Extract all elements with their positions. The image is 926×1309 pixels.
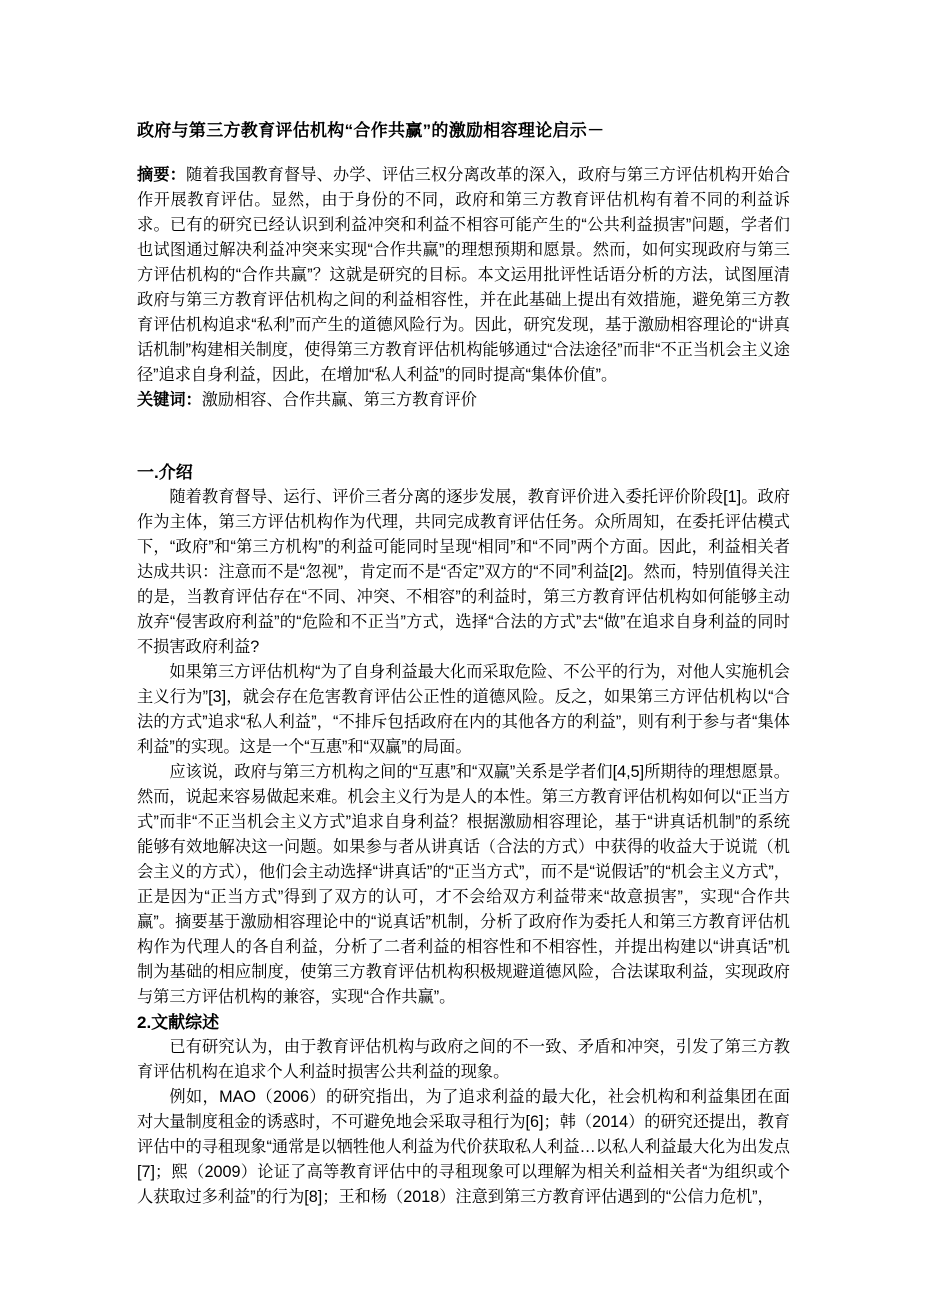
literature-review-paragraph-1: 已有研究认为，由于教育评估机构与政府之间的不一致、矛盾和冲突，引发了第三方教育评… — [137, 1035, 790, 1085]
introduction-paragraph-3: 应该说，政府与第三方机构之间的“互惠”和“双赢”关系是学者们[4,5]所期待的理… — [137, 760, 790, 1010]
section-introduction-heading: 一.介绍 — [137, 460, 790, 485]
introduction-paragraph-2: 如果第三方评估机构“为了自身利益最大化而采取危险、不公平的行为，对他人实施机会主… — [137, 660, 790, 760]
keywords-text: 激励相容、合作共赢、第三方教育评价 — [202, 391, 477, 409]
abstract-paragraph: 摘要：随着我国教育督导、办学、评估三权分离改革的深入，政府与第三方评估机构开始合… — [137, 163, 790, 388]
abstract-text: 随着我国教育督导、办学、评估三权分离改革的深入，政府与第三方评估机构开始合作开展… — [137, 166, 790, 384]
keywords-paragraph: 关键词：激励相容、合作共赢、第三方教育评价 — [137, 388, 790, 413]
introduction-paragraph-1: 随着教育督导、运行、评价三者分离的逐步发展，教育评价进入委托评价阶段[1]。政府… — [137, 485, 790, 660]
literature-review-paragraph-2: 例如，MAO（2006）的研究指出，为了追求利益的最大化，社会机构和利益集团在面… — [137, 1085, 790, 1210]
paper-title: 政府与第三方教育评估机构“合作共赢”的激励相容理论启示－ — [137, 118, 790, 144]
abstract-label: 摘要： — [137, 166, 186, 184]
keywords-label: 关键词： — [137, 391, 202, 409]
section-literature-review-heading: 2.文献综述 — [137, 1010, 790, 1035]
document-page: 政府与第三方教育评估机构“合作共赢”的激励相容理论启示－ 摘要：随着我国教育督导… — [0, 0, 926, 1309]
